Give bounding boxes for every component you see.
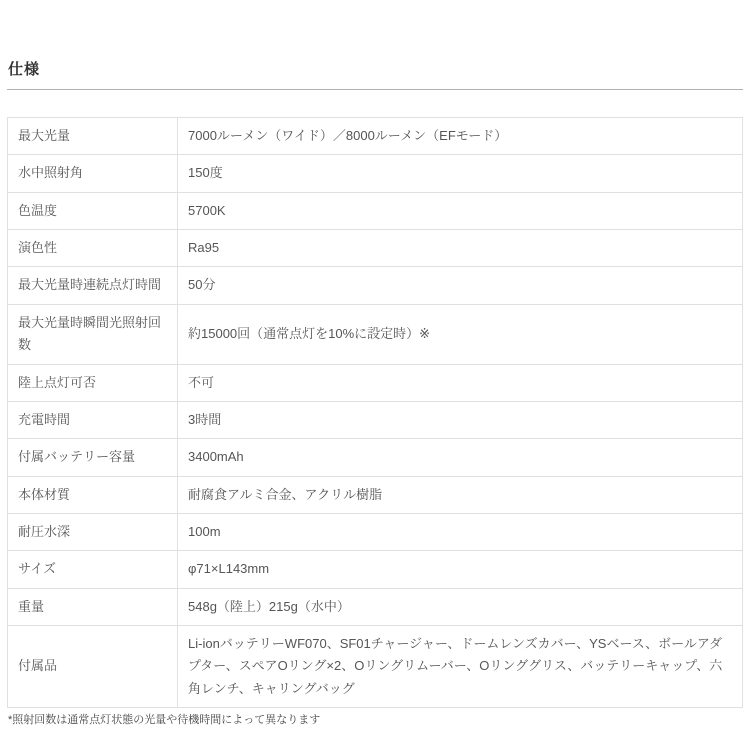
spec-label: サイズ — [8, 551, 178, 588]
spec-value: 3時間 — [178, 401, 743, 438]
spec-label: 最大光量時連続点灯時間 — [8, 267, 178, 304]
spec-label: 耐圧水深 — [8, 513, 178, 550]
product-spec-section: 仕様 最大光量7000ルーメン（ワイド）／8000ルーメン（EFモード）水中照射… — [0, 0, 750, 750]
spec-label: 水中照射角 — [8, 155, 178, 192]
spec-value: 50分 — [178, 267, 743, 304]
spec-label: 付属バッテリー容量 — [8, 439, 178, 476]
table-row: 色温度5700K — [8, 192, 743, 229]
table-row: 最大光量7000ルーメン（ワイド）／8000ルーメン（EFモード） — [8, 118, 743, 155]
table-row: サイズφ71×L143mm — [8, 551, 743, 588]
table-row: 充電時間3時間 — [8, 401, 743, 438]
spec-value: 5700K — [178, 192, 743, 229]
spec-value: 150度 — [178, 155, 743, 192]
spec-label: 充電時間 — [8, 401, 178, 438]
spec-value: 7000ルーメン（ワイド）／8000ルーメン（EFモード） — [178, 118, 743, 155]
spec-value: Ra95 — [178, 230, 743, 267]
table-row: 陸上点灯可否不可 — [8, 364, 743, 401]
spec-value: Li-ionバッテリーWF070、SF01チャージャー、ドームレンズカバー、YS… — [178, 626, 743, 708]
spec-value: 3400mAh — [178, 439, 743, 476]
spec-label: 色温度 — [8, 192, 178, 229]
table-row: 耐圧水深100m — [8, 513, 743, 550]
spec-value: 不可 — [178, 364, 743, 401]
spec-value: 約15000回（通常点灯を10%に設定時）※ — [178, 304, 743, 364]
table-row: 付属品Li-ionバッテリーWF070、SF01チャージャー、ドームレンズカバー… — [8, 626, 743, 708]
table-row: 最大光量時瞬間光照射回数約15000回（通常点灯を10%に設定時）※ — [8, 304, 743, 364]
spec-label: 最大光量時瞬間光照射回数 — [8, 304, 178, 364]
spec-label: 陸上点灯可否 — [8, 364, 178, 401]
table-row: 重量548g（陸上）215g（水中） — [8, 588, 743, 625]
spec-value: 耐腐食アルミ合金、アクリル樹脂 — [178, 476, 743, 513]
spec-value: φ71×L143mm — [178, 551, 743, 588]
spec-label: 付属品 — [8, 626, 178, 708]
table-row: 演色性Ra95 — [8, 230, 743, 267]
section-heading: 仕様 — [8, 58, 743, 79]
footnote: *照射回数は通常点灯状態の光量や待機時間によって異なります — [8, 713, 743, 728]
spec-label: 演色性 — [8, 230, 178, 267]
spec-value: 100m — [178, 513, 743, 550]
spec-label: 最大光量 — [8, 118, 178, 155]
table-row: 本体材質耐腐食アルミ合金、アクリル樹脂 — [8, 476, 743, 513]
spec-value: 548g（陸上）215g（水中） — [178, 588, 743, 625]
table-row: 水中照射角150度 — [8, 155, 743, 192]
heading-divider — [7, 89, 743, 90]
spec-label: 重量 — [8, 588, 178, 625]
table-row: 付属バッテリー容量3400mAh — [8, 439, 743, 476]
table-row: 最大光量時連続点灯時間50分 — [8, 267, 743, 304]
spec-label: 本体材質 — [8, 476, 178, 513]
spec-table-body: 最大光量7000ルーメン（ワイド）／8000ルーメン（EFモード）水中照射角15… — [8, 118, 743, 708]
spec-table: 最大光量7000ルーメン（ワイド）／8000ルーメン（EFモード）水中照射角15… — [7, 117, 743, 708]
